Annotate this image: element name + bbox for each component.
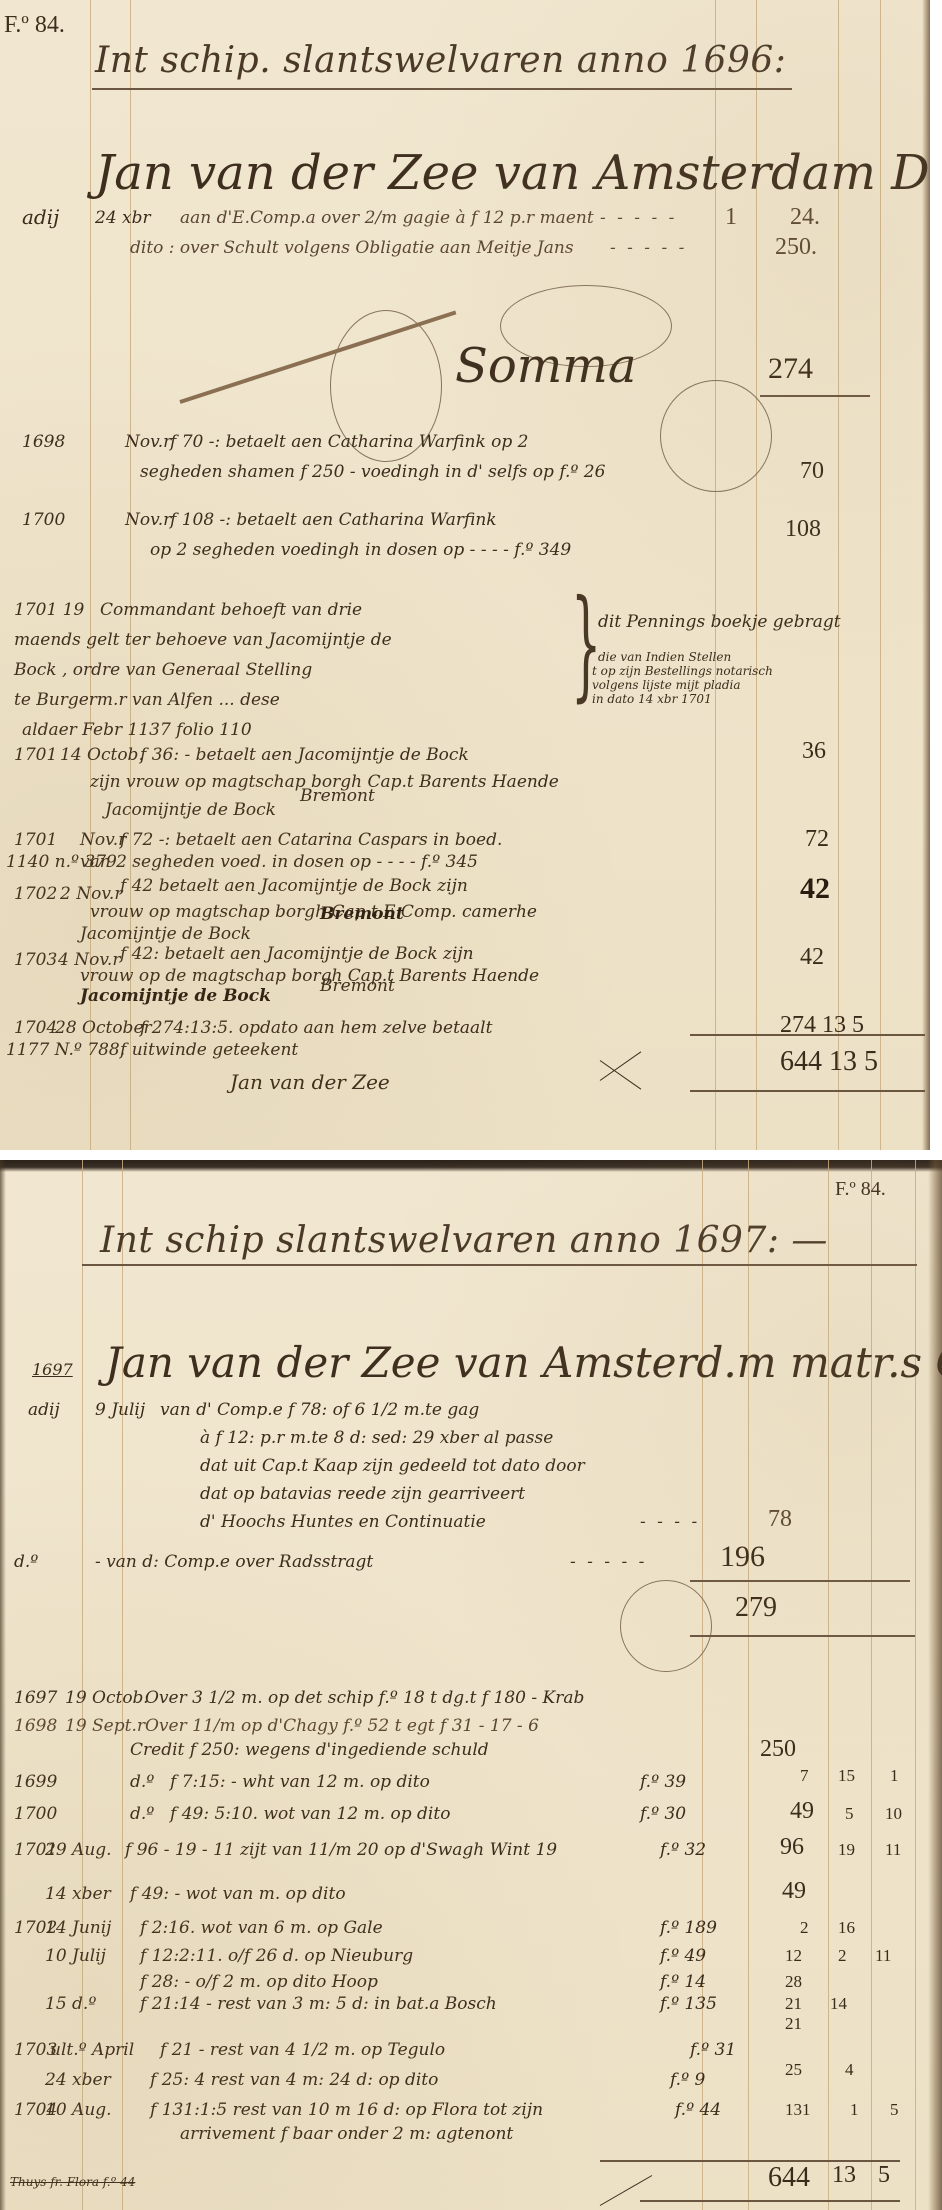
subtotal-underline (690, 1635, 915, 1637)
row-penningen: 1 (890, 1766, 899, 1786)
row-date: d.º (130, 1772, 154, 1792)
payment-year: 1698 (22, 432, 65, 452)
note-line: volgens lijste mijt pladia (592, 678, 741, 692)
subtotal-flourish (620, 1580, 712, 1672)
row-stuivers: 15 (838, 1766, 855, 1786)
account-heading: Jan van der Zee van Amsterd.m matr.s Cre… (105, 1338, 942, 1387)
payment-line: te Burgerm.r van Alfen ... dese (14, 690, 280, 710)
payment-date: 2 Nov.r (60, 884, 122, 904)
page-edge-top (0, 1160, 942, 1172)
payment-amount: 72 (805, 826, 829, 853)
ledger-page-debit: F.º 84. Int schip. slantswelvaren anno 1… (0, 0, 930, 1150)
row-penningen: 11 (885, 1840, 901, 1860)
payment-line: vrouw op magtschap borgh Cap.t E.Comp. c… (90, 902, 537, 922)
title-underline (92, 88, 792, 90)
entry-leader: - - - - - (570, 1552, 647, 1572)
row-text: Credit f 250: wegens d'ingediende schuld (130, 1740, 489, 1760)
entry-text: aan d'E.Comp.a over 2/m gagie à f 12 p.r… (180, 208, 594, 228)
row-ref: f.º 135 (660, 1994, 717, 2014)
row-text: f 2:16. wot van 6 m. op Gale (140, 1918, 383, 1938)
grand-total: 644 13 5 (780, 1046, 878, 1078)
row-year: 1697 (14, 1688, 57, 1708)
row-year: 1698 (14, 1716, 57, 1736)
payment-line: aldaer Febr 1137 folio 110 (22, 720, 252, 740)
row-date: 14 xber (45, 1884, 111, 1904)
total-rule-top (690, 1034, 925, 1036)
row-guilders: 21 (785, 2014, 802, 2034)
payment-amount: 108 (785, 516, 821, 543)
payment-line: Commandant behoeft van drie (100, 600, 362, 620)
payment-line: f 42: betaelt aen Jacomijntje de Bock zi… (120, 944, 474, 964)
payment-line: maends gelt ter behoeve van Jacomijntje … (14, 630, 392, 650)
note-line: t op zijn Bestellings notarisch (592, 664, 773, 678)
row-guilders: 49 (790, 1798, 814, 1825)
row-stuivers: 16 (838, 1918, 855, 1938)
payment-amount: 70 (800, 458, 824, 485)
entry-date: 9 Julij (95, 1400, 145, 1420)
subtotal-rule (690, 1580, 910, 1582)
somma-flourish (660, 380, 772, 492)
ship-title: Int schip slantswelvaren anno 1697: — (100, 1220, 828, 1261)
row-ref: f.º 14 (660, 1972, 706, 1992)
row-guilders: 49 (782, 1878, 806, 1905)
payment-line: Jacomijntje de Bock (105, 800, 276, 820)
row-guilders: 2 (800, 1918, 809, 1938)
row-stuivers: 2 (838, 1946, 847, 1966)
row-penningen: 10 (885, 1804, 902, 1824)
entry-leader: - - - - (640, 1512, 700, 1532)
payment-line: Bock , ordre van Generaal Stelling (14, 660, 312, 680)
entry-date: 24 xbr (95, 208, 151, 228)
note-title: dit Pennings boekje gebragt (598, 612, 841, 632)
title-underline (82, 1264, 917, 1266)
row-ref: f.º 189 (660, 1918, 717, 1938)
column-rule (871, 1160, 872, 2210)
payment-line: Bremont (320, 904, 404, 924)
column-rule (915, 1160, 916, 2210)
payment-date: Nov.r (125, 510, 171, 530)
entry-amount: 196 (720, 1540, 765, 1574)
entry-line: dat uit Cap.t Kaap zijn gedeeld tot dato… (200, 1456, 585, 1476)
payment-line: vrouw op de magtschap borgh Cap.t Barent… (80, 966, 539, 986)
row-ref: f.º 9 (670, 2070, 705, 2090)
row-text: f 25: 4 rest van 4 m: 24 d: op dito (150, 2070, 438, 2090)
entry-leader: - - - - - (610, 238, 687, 258)
row-date: 19 Sept.r (65, 1716, 145, 1736)
row-date: 14 Junij (45, 1918, 111, 1938)
somma-label: Somma (455, 338, 636, 394)
payment-line: van 2 segheden voed. in dosen op - - - -… (80, 852, 478, 872)
row-date: 24 xber (45, 2070, 111, 2090)
entry-leader: - - - - - (600, 208, 677, 228)
adij-label: adij (28, 1400, 60, 1420)
row-guilders: 28 (785, 1972, 802, 1992)
row-stuivers: 19 (838, 1840, 855, 1860)
payment-line: segheden shamen f 250 - voedingh in d' s… (140, 462, 605, 482)
payment-year: 1701 19 (14, 600, 84, 620)
row-penningen: 11 (875, 1946, 891, 1966)
entry-line: d' Hoochs Huntes en Continuatie (200, 1512, 486, 1532)
row-stuivers: 1 (850, 2100, 859, 2120)
payment-date: 14 Octob. (60, 745, 144, 765)
row-date: 19 Octob: (65, 1688, 149, 1708)
column-rule (828, 1160, 829, 2210)
row-ref: f.º 31 (690, 2040, 736, 2060)
entry-amount: 78 (768, 1506, 792, 1533)
adij-label: adij (22, 205, 59, 229)
row-stuivers: 4 (845, 2060, 854, 2080)
row-guilders: 131 (785, 2100, 811, 2120)
page-edge-right (928, 1160, 942, 2210)
row-text: f 49: - wot van m. op dito (130, 1884, 346, 1904)
page-edge-left (0, 1160, 6, 2210)
row-ref: f.º 44 (675, 2100, 721, 2120)
row-date: d.º (130, 1804, 154, 1824)
total-stuivers: 13 (832, 2162, 856, 2189)
row-text: f 96 - 19 - 11 zijt van 11/m 20 op d'Swa… (125, 1840, 557, 1860)
payment-year: 1700 (22, 510, 65, 530)
entry-line: dat op batavias reede zijn gearriveert (200, 1484, 525, 1504)
folio-number: F.º 84. (4, 12, 65, 39)
payment-date: Nov.r (125, 432, 171, 452)
somma-underline (760, 395, 870, 397)
entry-amount: 250. (775, 234, 817, 261)
row-text: arrivement f baar onder 2 m: agtenont (180, 2124, 513, 2144)
row-text: f 12:2:11. o/f 26 d. op Nieuburg (140, 1946, 413, 1966)
marginal-ref: 1177 N.º 788. (6, 1040, 125, 1060)
entry-ref: 1 (725, 204, 737, 231)
payment-year: 1702 (14, 884, 57, 904)
payment-line: f uitwinde geteekent (120, 1040, 298, 1060)
row-text: f 7:15: - wht van 12 m. op dito (170, 1772, 430, 1792)
row-stuivers: 5 (845, 1804, 854, 1824)
entry-text: - van d: Comp.e over Radsstragt (95, 1552, 373, 1572)
margin-note: Thuys fr. Flora f.º 44 (10, 2175, 135, 2189)
total-guilders: 644 (768, 2162, 810, 2194)
note-line: in dato 14 xbr 1701 (592, 692, 712, 706)
payment-line: Jacomijntje de Bock (80, 924, 251, 944)
row-date: 10 Aug. (45, 2100, 112, 2120)
somma-amount: 274 (768, 352, 813, 386)
row-date: 10 Julij (45, 1946, 106, 1966)
payment-date: 28 October (55, 1018, 152, 1038)
row-date: 29 Aug. (45, 1840, 112, 1860)
entry-text: dito : over Schult volgens Obligatie aan… (130, 238, 574, 258)
row-ref: f.º 30 (640, 1804, 686, 1824)
account-heading: Jan van der Zee van Amsterdam Deb.t (95, 145, 930, 201)
ledger-page-credit: F.º 84. Int schip slantswelvaren anno 16… (0, 1160, 942, 2210)
total-penningen: 5 (878, 2162, 890, 2189)
row-guilders: 25 (785, 2060, 802, 2080)
payment-line: f 42 betaelt aen Jacomijntje de Bock zij… (120, 876, 468, 896)
entry-line: à f 12: p.r m.te 8 d: sed: 29 xber al pa… (200, 1428, 553, 1448)
row-text: f 131:1:5 rest van 10 m 16 d: op Flora t… (150, 2100, 543, 2120)
payment-amount: 42 (800, 944, 824, 971)
folio-number: F.º 84. (835, 1178, 886, 1201)
ship-title: Int schip. slantswelvaren anno 1696: (95, 40, 786, 81)
year-margin: 1697 (32, 1360, 73, 1379)
payment-line: f 70 -: betaelt aen Catharina Warfink op… (170, 432, 529, 452)
row-date: ult.º April (50, 2040, 134, 2060)
payment-line: f 72 -: betaelt aen Catarina Caspars in … (120, 830, 502, 850)
payment-line: Bremont (300, 786, 375, 806)
entry-amount: 24. (790, 204, 820, 231)
marginal-ref: 1140 n.º 379 (6, 852, 117, 872)
payment-line: f 108 -: betaelt aen Catharina Warfink (170, 510, 497, 530)
row-date: 15 d.º (45, 1994, 96, 2014)
row-text: Over 3 1/2 m. op det schip f.º 18 t dg.t… (145, 1688, 584, 1708)
payment-year: 1704 (14, 1018, 57, 1038)
payment-line: Bremont (320, 976, 395, 996)
row-ref: f.º 39 (640, 1772, 686, 1792)
subtotal-amount: 279 (735, 1592, 777, 1624)
row-guilders: 21 (785, 1994, 802, 2014)
row-guilders: 12 (785, 1946, 802, 1966)
row-text: f 49: 5:10. wot van 12 m. op dito (170, 1804, 450, 1824)
total-rule-bottom (690, 1090, 925, 1092)
row-text: f 28: - o/f 2 m. op dito Hoop (140, 1972, 378, 1992)
note-line: die van Indien Stellen (598, 650, 731, 664)
row-year: 1699 (14, 1772, 57, 1792)
payment-amount: 42 (800, 872, 830, 906)
row-guilders: 250 (760, 1736, 796, 1763)
payment-year: 1701 (14, 745, 57, 765)
payment-amount: 36 (802, 738, 826, 765)
payment-line: Jacomijntje de Bock (80, 986, 271, 1006)
row-guilders: 7 (800, 1766, 809, 1786)
signature: Jan van der Zee (230, 1070, 390, 1094)
row-text: Over 11/m op d'Chagy f.º 52 t egt f 31 -… (145, 1716, 539, 1736)
row-text: f 21 - rest van 4 1/2 m. op Tegulo (160, 2040, 445, 2060)
row-year: 1700 (14, 1804, 57, 1824)
row-guilders: 96 (780, 1834, 804, 1861)
entry-line: van d' Comp.e f 78: of 6 1/2 m.te gag (160, 1400, 479, 1420)
payment-year: 1703 (14, 950, 57, 970)
column-rule (748, 1160, 749, 2210)
row-stuivers: 14 (830, 1994, 847, 2014)
cross-mark (600, 1051, 642, 1080)
row-penningen: 5 (890, 2100, 899, 2120)
row-ref: f.º 49 (660, 1946, 706, 1966)
payment-year: 1701 (14, 830, 57, 850)
payment-line: f 36: - betaelt aen Jacomijntje de Bock (140, 745, 469, 765)
payment-line: op 2 segheden voedingh in dosen op - - -… (150, 540, 571, 560)
payment-line: f 274:13:5. opdato aan hem zelve betaalt (140, 1018, 492, 1038)
row-ref: f.º 32 (660, 1840, 706, 1860)
entry-date: d.º (14, 1552, 38, 1572)
total-rule-bottom (640, 2200, 900, 2202)
row-text: f 21:14 - rest van 3 m: 5 d: in bat.a Bo… (140, 1994, 497, 2014)
